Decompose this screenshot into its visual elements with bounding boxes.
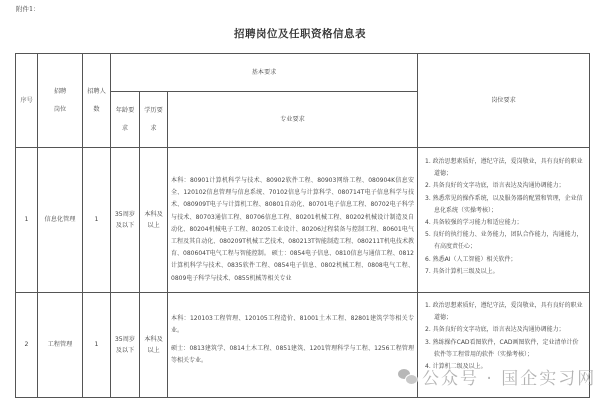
page-title: 招聘岗位及任职资格信息表: [0, 26, 600, 41]
requirement-item: 1. 政治思想素质好，遵纪守法，爱岗敬业，具有良好的职业道德；: [425, 300, 583, 324]
header-job-requirements: 岗位要求: [418, 54, 589, 147]
watermark-text: 公众号 · 国企实习网: [422, 364, 596, 389]
requirement-item: 1. 政治思想素质好，遵纪守法，爱岗敬业，具有良好的职业道德；: [425, 156, 583, 180]
header-age-label: 年龄要 求: [116, 106, 135, 133]
header-basic-requirements: 基本要求: [111, 54, 417, 91]
header-count: 招聘人 数: [83, 54, 110, 147]
requirement-item: 2. 具备良好的文字功底，语言表达及沟通协调能力；: [425, 180, 583, 192]
row2-count-value: 1: [95, 338, 99, 352]
row2-education-value: 本科及 以上: [144, 334, 163, 356]
row1-education: 本科及 以上: [140, 148, 167, 292]
row2-age: 35周岁 及以下: [111, 293, 139, 397]
header-index: 序号: [16, 54, 37, 147]
header-index-label: 序号: [20, 94, 32, 108]
row2-index: 2: [16, 293, 37, 397]
header-major-label: 专业要求: [280, 113, 305, 127]
requirement-item: 7. 具备计算机三级及以上。: [425, 266, 583, 278]
requirement-item: 3. 熟悉常见的操作系统，以及服务器的配置和管理，企业信息化系统（实操考核）；: [425, 193, 583, 217]
header-education: 学历要 求: [140, 92, 167, 147]
header-education-label: 学历要 求: [144, 106, 163, 133]
header-basic-requirements-label: 基本要求: [252, 66, 277, 80]
row2-major-master: 硕士：0813建筑学、0814土木工程、0851建筑、1201管理科学与工程、1…: [171, 343, 414, 367]
attachment-label: 附件1：: [16, 4, 40, 13]
header-count-label: 招聘人 数: [87, 87, 106, 114]
table-border-right: [589, 53, 590, 398]
requirement-item: 4. 具备较强的学习能力和适应能力；: [425, 217, 583, 229]
wechat-icon: [398, 369, 416, 384]
row2-count: 1: [83, 293, 110, 397]
row2-age-value: 35周岁 及以下: [115, 334, 135, 356]
row1-position-value: 信息化管理: [45, 213, 76, 227]
requirement-item: 2. 具备良好的文字功底，语言表达及沟通协调能力；: [425, 324, 583, 336]
header-position-label: 招聘 岗位: [54, 87, 66, 114]
requirement-item: 5. 良好的执行能力、业务能力，团队合作能力，沟通能力，有高度责任心；: [425, 229, 583, 253]
requirement-item: 6. 熟悉AI（人工智能）相关软件；: [425, 254, 583, 266]
header-major: 专业要求: [168, 92, 417, 147]
row2-position: 工程管理: [38, 293, 82, 397]
header-position: 招聘 岗位: [38, 54, 82, 147]
row2-job-requirements: 1. 政治思想素质好，遵纪守法，爱岗敬业，具有良好的职业道德； 2. 具备良好的…: [425, 300, 583, 373]
header-job-requirements-label: 岗位要求: [491, 94, 516, 108]
row1-position: 信息化管理: [38, 148, 82, 292]
requirement-item: 3. 熟练操作CAD看图软件，CAD画图软件，定业清单计价软件等工程常用的软件（…: [425, 337, 583, 361]
row2-index-value: 2: [25, 338, 29, 352]
row1-count-value: 1: [95, 213, 99, 227]
recruitment-table: 序号 招聘 岗位 招聘人 数 基本要求 年龄要 求 学历要 求 专业要求 岗位要…: [15, 53, 589, 398]
row1-age: 35周岁 及以下: [111, 148, 139, 292]
header-age: 年龄要 求: [111, 92, 139, 147]
row1-count: 1: [83, 148, 110, 292]
row2-major-undergrad: 本科：120103工程管理、120105工程造价、81001土木工程、82801…: [171, 313, 414, 337]
row1-job-requirements: 1. 政治思想素质好，遵纪守法，爱岗敬业，具有良好的职业道德； 2. 具备良好的…: [425, 156, 583, 278]
row1-major: 本科：80901计算机科学与技术、80902软件工程、80903网络工程、080…: [171, 175, 414, 285]
row1-index-value: 1: [25, 213, 29, 227]
row2-position-value: 工程管理: [48, 338, 73, 352]
row2-education: 本科及 以上: [140, 293, 167, 397]
row1-index: 1: [16, 148, 37, 292]
row1-education-value: 本科及 以上: [144, 209, 163, 231]
row1-age-value: 35周岁 及以下: [115, 209, 135, 231]
watermark: 公众号 · 国企实习网: [398, 364, 596, 389]
